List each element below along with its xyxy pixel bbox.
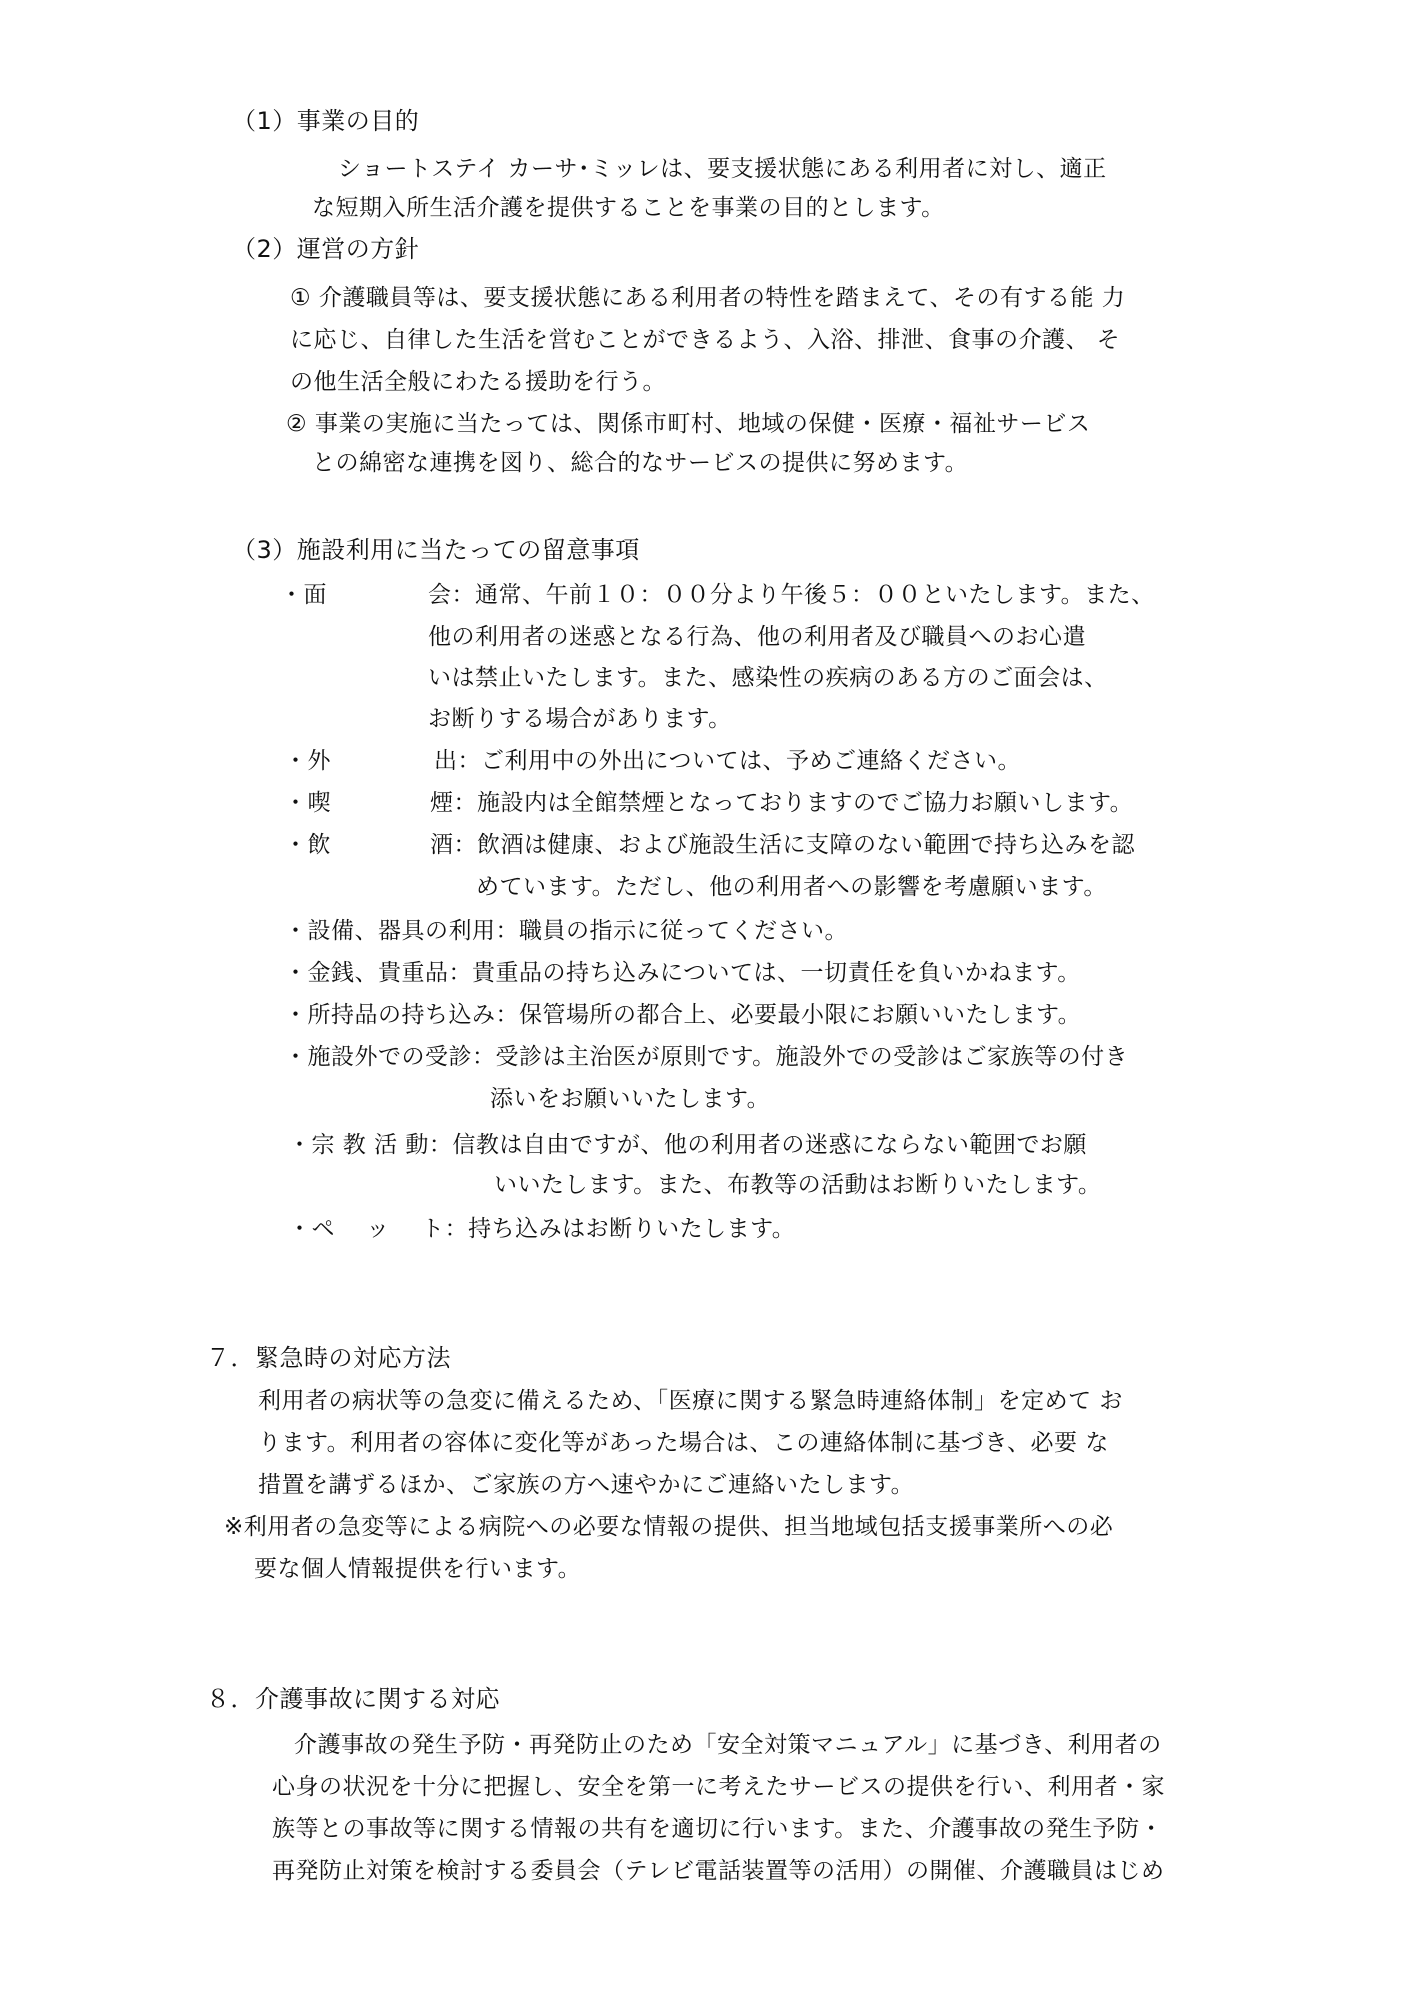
section-2-heading: （2）運営の方針 — [232, 234, 419, 264]
section-8-heading: ８．介護事故に関する対応 — [206, 1684, 500, 1714]
policy-item-2-line-2: との綿密な連携を図り、総合的なサービスの提供に努めます。 — [312, 448, 968, 478]
rule-visit-text: 会：通常、午前１０：００分より午後５：００といたします。また、 — [428, 580, 1155, 610]
rule-outside-consultation-cont: 添いをお願いいたします。 — [490, 1084, 770, 1114]
rule-outing-text: 出：ご利用中の外出については、予めご連絡ください。 — [434, 746, 1021, 776]
section-3-heading: （3）施設利用に当たっての留意事項 — [232, 535, 640, 565]
rule-outside-consultation: ・施設外での受診：受診は主治医が原則です。施設外での受診はご家族等の付き — [284, 1042, 1128, 1072]
section-8-line-4: 再発防止対策を検討する委員会（テレビ電話装置等の活用）の開催、介護職員はじめ — [272, 1856, 1165, 1886]
rule-equipment: ・設備、器具の利用：職員の指示に従ってください。 — [284, 916, 848, 946]
rule-religion: ・宗 教 活 動：信教は自由ですが、他の利用者の迷惑にならない範囲でお願 — [288, 1130, 1087, 1160]
section-8-line-1: 介護事故の発生予防・再発防止のため「安全対策マニュアル」に基づき、利用者の — [294, 1730, 1162, 1760]
section-1-line-1: ショートステイ カーサ･ミッレは、要支援状態にある利用者に対し、適正 — [338, 154, 1107, 184]
rule-belongings: ・所持品の持ち込み：保管場所の都合上、必要最小限にお願いいたします。 — [284, 1000, 1081, 1030]
rule-valuables: ・金銭、貴重品：貴重品の持ち込みについては、一切責任を負いかねます。 — [284, 958, 1081, 988]
rule-religion-cont: いいたします。また、布教等の活動はお断りいたします。 — [494, 1170, 1101, 1200]
policy-item-1-line-1: ① 介護職員等は、要支援状態にある利用者の特性を踏まえて、その有する能 力 — [290, 283, 1125, 313]
rule-visit-cont-1: 他の利用者の迷惑となる行為、他の利用者及び職員へのお心遣 — [428, 622, 1086, 652]
section-7-note-line-1: ※利用者の急変等による病院への必要な情報の提供、担当地域包括支援事業所への必 — [224, 1512, 1113, 1542]
rule-drinking-label: ・飲 — [284, 830, 331, 860]
section-8-line-3: 族等との事故等に関する情報の共有を適切に行います。また、介護事故の発生予防・ — [272, 1814, 1163, 1844]
section-7-line-1: 利用者の病状等の急変に備えるため、「医療に関する緊急時連絡体制」を定めて お — [258, 1386, 1123, 1416]
rule-drinking-text: 酒：飲酒は健康、および施設生活に支障のない範囲で持ち込みを認 — [430, 830, 1135, 860]
section-8-line-2: 心身の状況を十分に把握し、安全を第一に考えたサービスの提供を行い、利用者・家 — [272, 1772, 1165, 1802]
rule-smoking-label: ・喫 — [284, 788, 331, 818]
rule-smoking-text: 煙：施設内は全館禁煙となっておりますのでご協力お願いします。 — [430, 788, 1133, 818]
section-1-heading: （1）事業の目的 — [232, 106, 419, 136]
section-7-line-2: ります。利用者の容体に変化等があった場合は、この連絡体制に基づき、必要 な — [258, 1428, 1109, 1458]
section-7-line-3: 措置を講ずるほか、ご家族の方へ速やかにご連絡いたします。 — [258, 1470, 914, 1500]
section-7-note-line-2: 要な個人情報提供を行います。 — [254, 1554, 581, 1584]
policy-item-1-line-2: に応じ、自律した生活を営むことができるよう、入浴、排泄、食事の介護、 そ — [290, 325, 1120, 355]
rule-visit-cont-3: お断りする場合があります。 — [428, 704, 732, 734]
rule-visit-label: ・面 — [280, 580, 327, 610]
section-7-heading: ７．緊急時の対応方法 — [206, 1343, 451, 1373]
policy-item-1-line-3: の他生活全般にわたる援助を行う。 — [290, 367, 666, 397]
rule-visit-cont-2: いは禁止いたします。また、感染性の疾病のある方のご面会は、 — [428, 663, 1108, 693]
section-1-line-2: な短期入所生活介護を提供することを事業の目的とします。 — [312, 193, 945, 223]
rule-drinking-cont: めています。ただし、他の利用者への影響を考慮願います。 — [476, 872, 1107, 902]
policy-item-2-line-1: ② 事業の実施に当たっては、関係市町村、地域の保健・医療・福祉サービス — [286, 409, 1090, 439]
rule-outing-label: ・外 — [284, 746, 331, 776]
rule-pets: ・ペ ッ ト：持ち込みはお断りいたします。 — [288, 1214, 795, 1244]
